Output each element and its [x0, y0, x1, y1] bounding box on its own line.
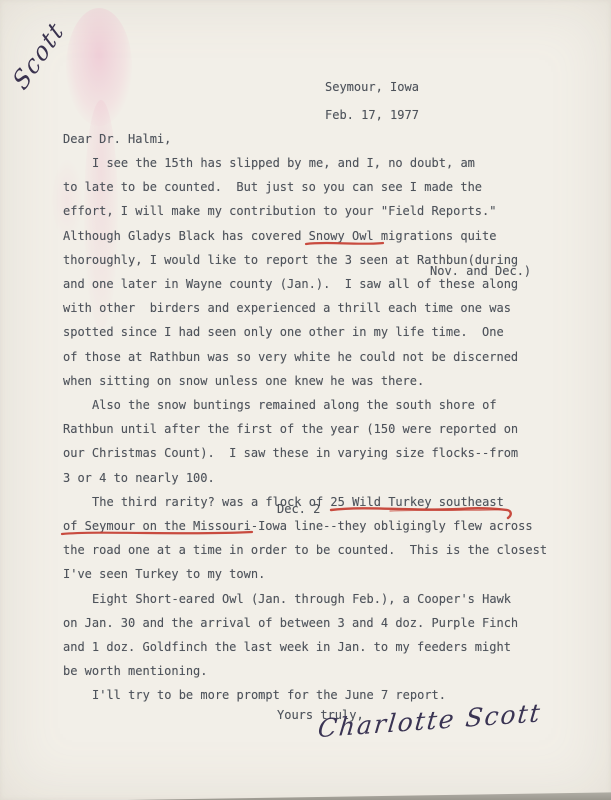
body-line: Rathbun until after the first of the yea… — [63, 422, 518, 436]
body-line: of those at Rathbun was so very white he… — [63, 350, 518, 364]
body-line: of Seymour on the Missouri-Iowa line--th… — [63, 519, 533, 533]
body-line: to late to be counted. But just so you c… — [63, 180, 482, 194]
pink-smudge — [66, 8, 132, 126]
red-underline-wild-turkey-overstroke — [390, 510, 500, 512]
body-line: and 1 doz. Goldfinch the last week in Ja… — [63, 640, 511, 654]
signature: Charlotte Scott — [316, 698, 543, 743]
body-line: when sitting on snow unless one knew he … — [63, 374, 424, 388]
body-line: our Christmas Count). I saw these in var… — [63, 446, 518, 460]
paper-bottom-edge — [125, 791, 611, 800]
red-underline-snowy-owl — [306, 243, 383, 244]
body-line: I see the 15th has slipped by me, and I,… — [63, 156, 475, 170]
body-line: on Jan. 30 and the arrival of between 3 … — [63, 616, 518, 630]
paper: Scott Seymour, Iowa Feb. 17, 1977 Dear D… — [0, 0, 611, 800]
body-line: I'll try to be more prompt for the June … — [63, 688, 446, 702]
body-line: spotted since I had seen only one other … — [63, 325, 504, 339]
date-line: Feb. 17, 1977 — [325, 108, 419, 122]
body-line: be worth mentioning. — [63, 664, 208, 678]
body-line: with other birders and experienced a thr… — [63, 301, 511, 315]
red-underline-wild-turkey — [331, 508, 511, 518]
location-line: Seymour, Iowa — [325, 80, 419, 94]
salutation: Dear Dr. Halmi, — [63, 132, 171, 146]
handwritten-scott: Scott — [7, 16, 69, 96]
body-line: and one later in Wayne county (Jan.). I … — [63, 277, 518, 291]
body-line: the road one at a time in order to be co… — [63, 543, 547, 557]
insertion-dec-2: Dec. 2 — [277, 502, 320, 516]
body-line: Also the snow buntings remained along th… — [63, 398, 497, 412]
body-line: I've seen Turkey to my town. — [63, 567, 265, 581]
body-line: effort, I will make my contribution to y… — [63, 204, 496, 218]
body-line: 3 or 4 to nearly 100. — [63, 471, 215, 485]
body-line: Although Gladys Black has covered Snowy … — [63, 229, 496, 243]
insertion-nov-dec: Nov. and Dec.) — [430, 264, 531, 278]
body-line: Eight Short-eared Owl (Jan. through Feb.… — [63, 592, 511, 606]
